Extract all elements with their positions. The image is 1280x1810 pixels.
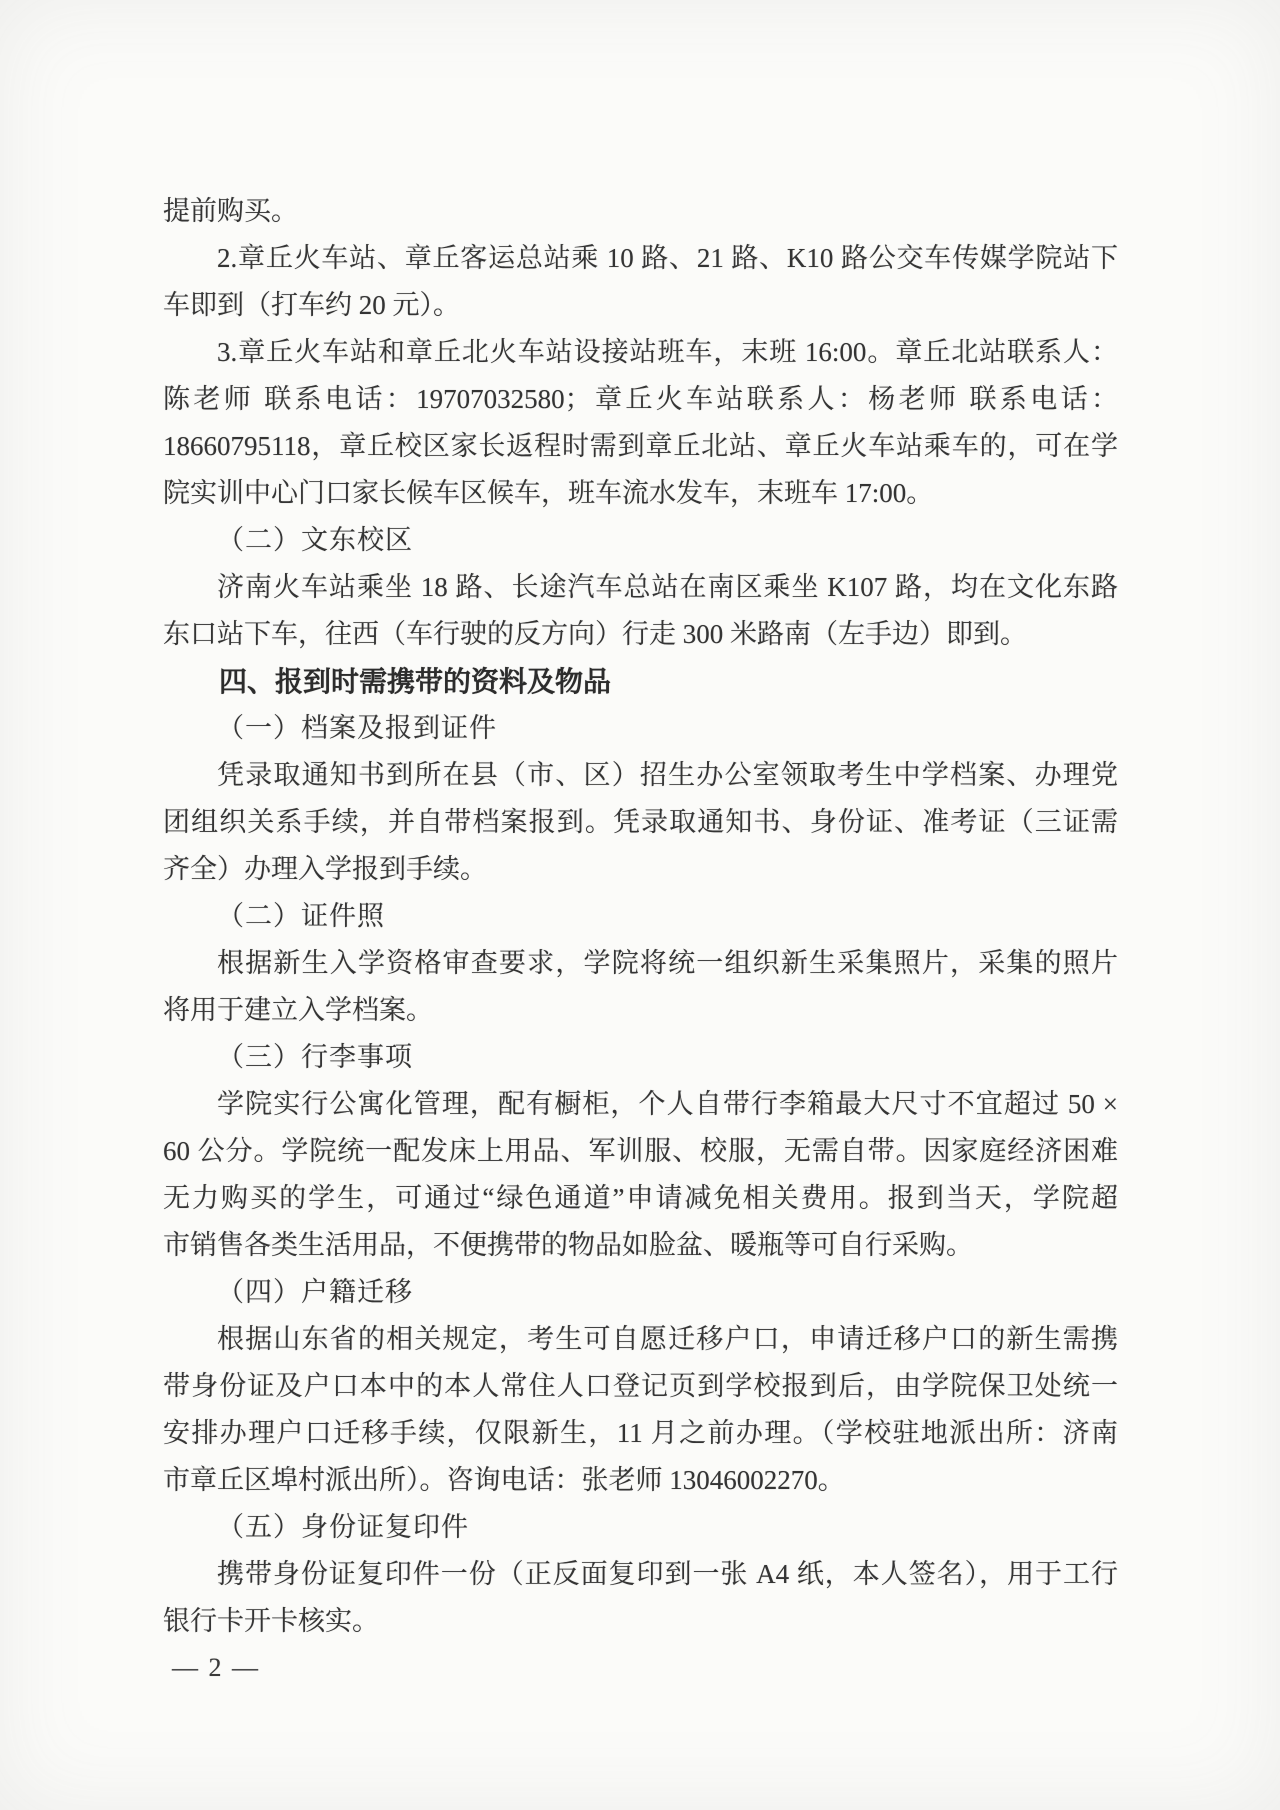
page-number: — 2 — [172, 1648, 260, 1688]
text-line: 无力购买的学生，可通过“绿色通道”申请减免相关费用。报到当天，学院超 [163, 1175, 1118, 1222]
text-line: 院实训中心门口家长候车区候车，班车流水发车，末班车 17:00。 [163, 470, 1118, 517]
sub-heading: （二）证件照 [163, 893, 1118, 940]
text-line: 银行卡开卡核实。 [163, 1598, 1118, 1645]
sub-heading: （五）身份证复印件 [163, 1504, 1118, 1551]
text-line: 根据山东省的相关规定，考生可自愿迁移户口，申请迁移户口的新生需携 [163, 1316, 1118, 1363]
sub-heading: （一）档案及报到证件 [163, 705, 1118, 752]
document-page: 提前购买。2.章丘火车站、章丘客运总站乘 10 路、21 路、K10 路公交车传… [0, 0, 1280, 1810]
text-line: 2.章丘火车站、章丘客运总站乘 10 路、21 路、K10 路公交车传媒学院站下 [163, 235, 1118, 282]
text-line: 车即到（打车约 20 元）。 [163, 282, 1118, 329]
text-line: 市销售各类生活用品，不便携带的物品如脸盆、暖瓶等可自行采购。 [163, 1222, 1118, 1269]
text-line: 市章丘区埠村派出所）。咨询电话：张老师 13046002270。 [163, 1457, 1118, 1504]
text-line: 团组织关系手续，并自带档案报到。凭录取通知书、身份证、准考证（三证需 [163, 799, 1118, 846]
text-line: 齐全）办理入学报到手续。 [163, 846, 1118, 893]
text-line: 提前购买。 [163, 188, 1118, 235]
text-line: 将用于建立入学档案。 [163, 987, 1118, 1034]
text-line: 安排办理户口迁移手续，仅限新生，11 月之前办理。（学校驻地派出所：济南 [163, 1410, 1118, 1457]
text-line: 学院实行公寓化管理，配有橱柜，个人自带行李箱最大尺寸不宜超过 50 × [163, 1081, 1118, 1128]
text-line: 凭录取通知书到所在县（市、区）招生办公室领取考生中学档案、办理党 [163, 752, 1118, 799]
sub-heading: （二）文东校区 [163, 517, 1118, 564]
text-line: 60 公分。学院统一配发床上用品、军训服、校服，无需自带。因家庭经济困难 [163, 1128, 1118, 1175]
text-line: 陈老师 联系电话：19707032580；章丘火车站联系人：杨老师 联系电话： [163, 376, 1118, 423]
sub-heading: （四）户籍迁移 [163, 1269, 1118, 1316]
text-line: 根据新生入学资格审查要求，学院将统一组织新生采集照片，采集的照片 [163, 940, 1118, 987]
sub-heading: （三）行李事项 [163, 1034, 1118, 1081]
text-line: 济南火车站乘坐 18 路、长途汽车总站在南区乘坐 K107 路，均在文化东路 [163, 564, 1118, 611]
text-line: 东口站下车，往西（车行驶的反方向）行走 300 米路南（左手边）即到。 [163, 611, 1118, 658]
text-line: 带身份证及户口本中的本人常住人口登记页到学校报到后，由学院保卫处统一 [163, 1363, 1118, 1410]
text-line: 3.章丘火车站和章丘北火车站设接站班车，末班 16:00。章丘北站联系人： [163, 329, 1118, 376]
text-line: 携带身份证复印件一份（正反面复印到一张 A4 纸，本人签名），用于工行 [163, 1551, 1118, 1598]
section-heading: 四、报到时需携带的资料及物品 [163, 658, 1118, 705]
document-body: 提前购买。2.章丘火车站、章丘客运总站乘 10 路、21 路、K10 路公交车传… [163, 188, 1118, 1645]
text-line: 18660795118，章丘校区家长返程时需到章丘北站、章丘火车站乘车的，可在学 [163, 423, 1118, 470]
